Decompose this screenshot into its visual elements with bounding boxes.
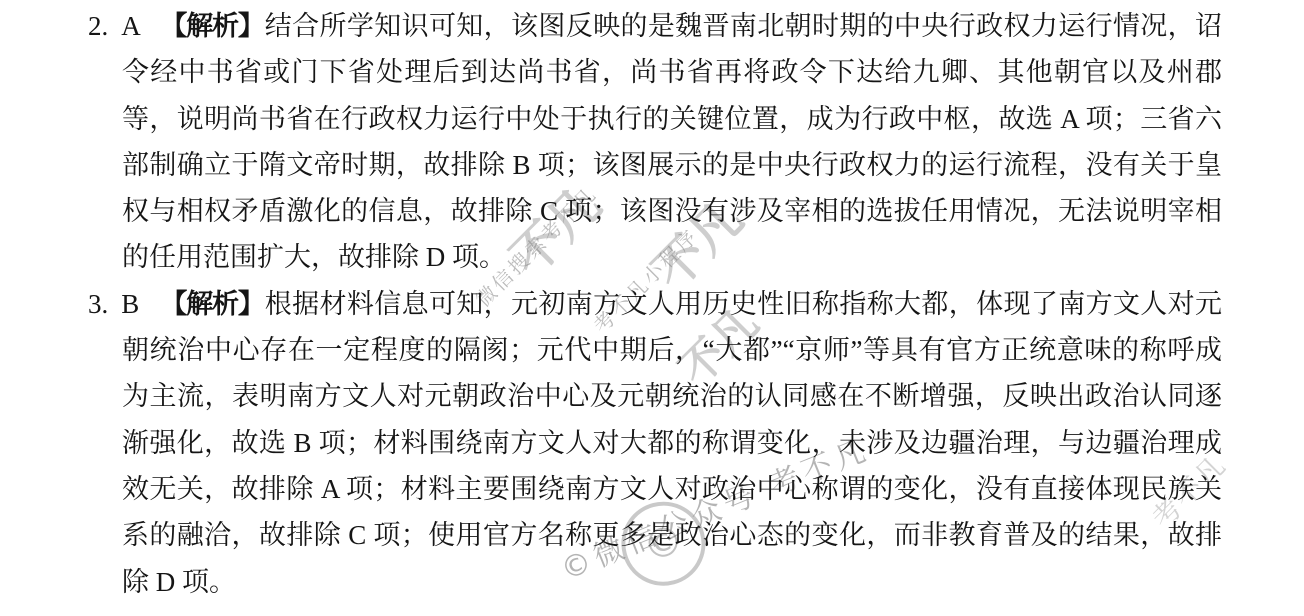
analysis-label: 【解析】: [160, 289, 264, 319]
answer-key-page: 不凡 不凡 不凡 微信搜索考不凡 考不凡小程序 ©微信公众号 考不凡 考不凡 ©…: [0, 0, 1304, 616]
answer-letter: A: [121, 11, 141, 41]
answer-item-2: 2.A【解析】结合所学知识可知，该图反映的是魏晋南北朝时期的中央行政权力运行情况…: [122, 3, 1222, 281]
question-number: 3.: [88, 289, 108, 319]
question-number-and-answer: 3.B: [88, 281, 160, 327]
analysis-label: 【解析】: [160, 11, 264, 41]
answer-letter: B: [121, 289, 139, 319]
answer-item-3: 3.B【解析】根据材料信息可知，元初南方文人用历史性旧称指称大都，体现了南方文人…: [122, 281, 1222, 605]
analysis-text: 根据材料信息可知，元初南方文人用历史性旧称指称大都，体现了南方文人对元朝统治中心…: [122, 289, 1222, 597]
question-number: 2.: [88, 11, 108, 41]
analysis-text: 结合所学知识可知，该图反映的是魏晋南北朝时期的中央行政权力运行情况，诏令经中书省…: [122, 11, 1222, 272]
question-number-and-answer: 2.A: [88, 3, 160, 49]
